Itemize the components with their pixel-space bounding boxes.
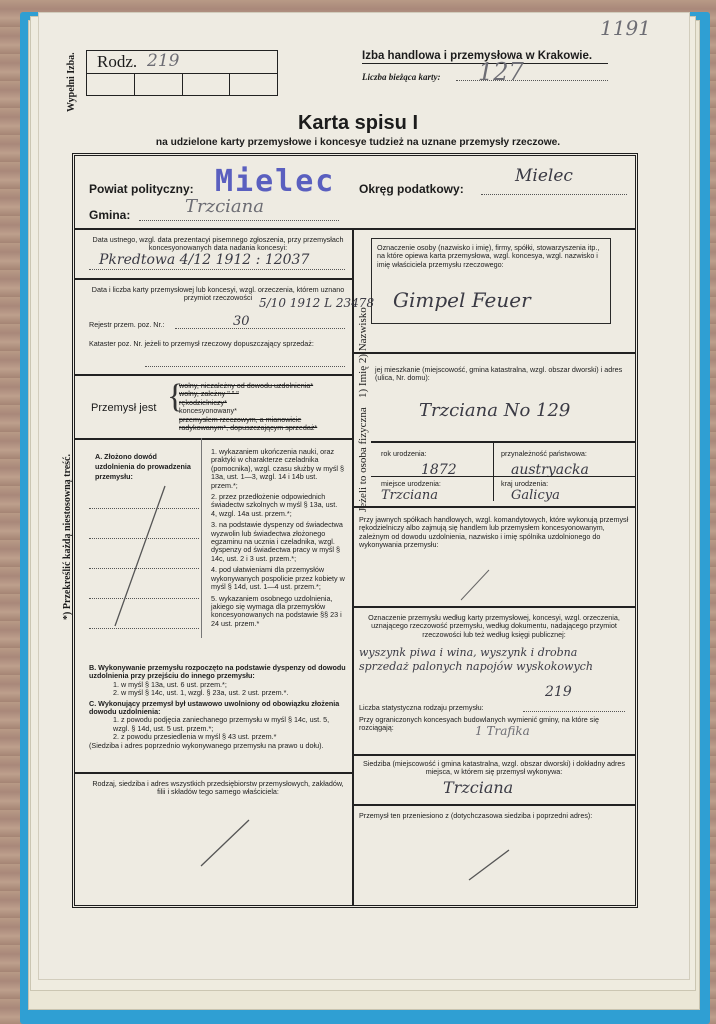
section-c-label: C. Wykonujący przemysł był ustawowo uwol… [89,700,347,717]
building-value: 1 Trafika [475,724,530,738]
okreg-value: Mielec [515,166,573,186]
section-b-block: B. Wykonywanie przemysłu rozpoczęto na p… [89,664,347,750]
industry-is-label: Przemysł jest [91,402,156,414]
person-label: Oznaczenie osoby (nazwisko i imię), firm… [377,244,605,269]
strike-through-mark [105,476,185,636]
section-a-item: 5. wykazaniem osobnego uzdolnienia, jaki… [211,595,345,629]
partner-label: Przy jawnych spółkach handlowych, wzgl. … [359,516,629,550]
person-value: Gimpel Feuer [393,288,531,312]
oral-date-value: Pkredtowa 4/12 1912 : 12037 [99,252,309,268]
gmina-label: Gmina: [89,208,130,222]
seat-value: Trzciana [443,778,513,797]
industry-desc-label: Oznaczenie przemysłu według karty przemy… [359,614,629,639]
section-b-item: 2. w myśl § 14c, ust. 1, wzgl. § 23a, us… [89,689,347,697]
cadastre-label: Kataster poz. Nr. jeżeli to przemysł rze… [89,340,347,348]
section-a-item: 3. na podstawie dyspenzy od świadectwa w… [211,521,345,563]
register-label: Rejestr przem. poz. Nr.: [89,321,165,329]
industry-type-list: wolny, niezależny od dowodu uzdolnienia*… [179,382,349,432]
powiat-label: Powiat polityczny: [89,182,194,196]
industry-type-item: przemysłem rzeczowym, a mianowicie radyk… [179,416,349,433]
strike-through-mark [195,816,255,876]
stat-number-label: Liczba statystyczna rodzaju przemysłu: [359,704,484,712]
seat-label: Siedziba (miejscowość i gmina katastraln… [359,760,629,777]
rodz-label: Rodz. [97,52,137,72]
citizenship-label: przynależność państwowa: [501,450,587,458]
section-a-item: 4. pod ułatwieniami dla przemysłów wykon… [211,566,345,591]
rodz-value: 219 [147,51,179,71]
fill-by-chamber-label: Wypełni Izba. [66,46,77,112]
card-number-label: Liczba bieżąca karty: [362,72,440,82]
section-a-item: 1. wykazaniem ukończenia nauki, oraz pra… [211,448,345,490]
moved-label: Przemysł ten przeniesiono z (dotychczaso… [359,812,629,820]
birth-country-value: Galicya [511,488,560,503]
section-a-item: 2. przez przedłożenie odpowiednich świad… [211,493,345,518]
powiat-stamp: Mielec [215,164,335,199]
natural-person-side-label: Jeżeli to osoba fizyczna [357,362,369,512]
section-a-list: 1. wykazaniem ukończenia nauki, oraz pra… [211,448,345,628]
card-number-value: 127 [478,58,524,86]
rodz-box: Rodz. 219 [86,50,278,96]
gmina-value: Trzciana [185,196,264,217]
strike-through-mark [465,846,515,886]
residence-value: Trzciana No 129 [419,400,570,421]
census-form: Powiat polityczny: Mielec Okręg podatkow… [72,153,638,908]
strike-through-mark [455,566,495,606]
okreg-label: Okręg podatkowy: [359,182,464,196]
section-c-note: (Siedziba i adres poprzednio wykonywaneg… [89,742,347,750]
residence-label: jej mieszkanie (miejscowość, gmina katas… [375,366,625,383]
industry-desc-value: wyszynk piwa i wina, wyszynk i drobna sp… [359,646,629,674]
birth-year-label: rok urodzenia: [381,450,427,458]
section-c-item: 1. z powodu podjęcia zaniechanego przemy… [89,716,347,733]
birthplace-value: Trzciana [381,488,438,503]
register-value: 30 [233,314,250,329]
oral-date-label: Data ustnego, wzgl. data prezentacyi pis… [89,236,347,253]
page-subtitle: na udzielone karty przemysłowe i koncesy… [0,137,716,148]
section-b-label: B. Wykonywanie przemysłu rozpoczęto na p… [89,664,347,681]
archive-number: 1191 [600,16,651,40]
industry-desc-code: 219 [545,684,572,700]
page-title: Karta spisu I [0,112,716,135]
enterprises-label: Rodzaj, siedziba i adres wszystkich prze… [89,780,347,797]
